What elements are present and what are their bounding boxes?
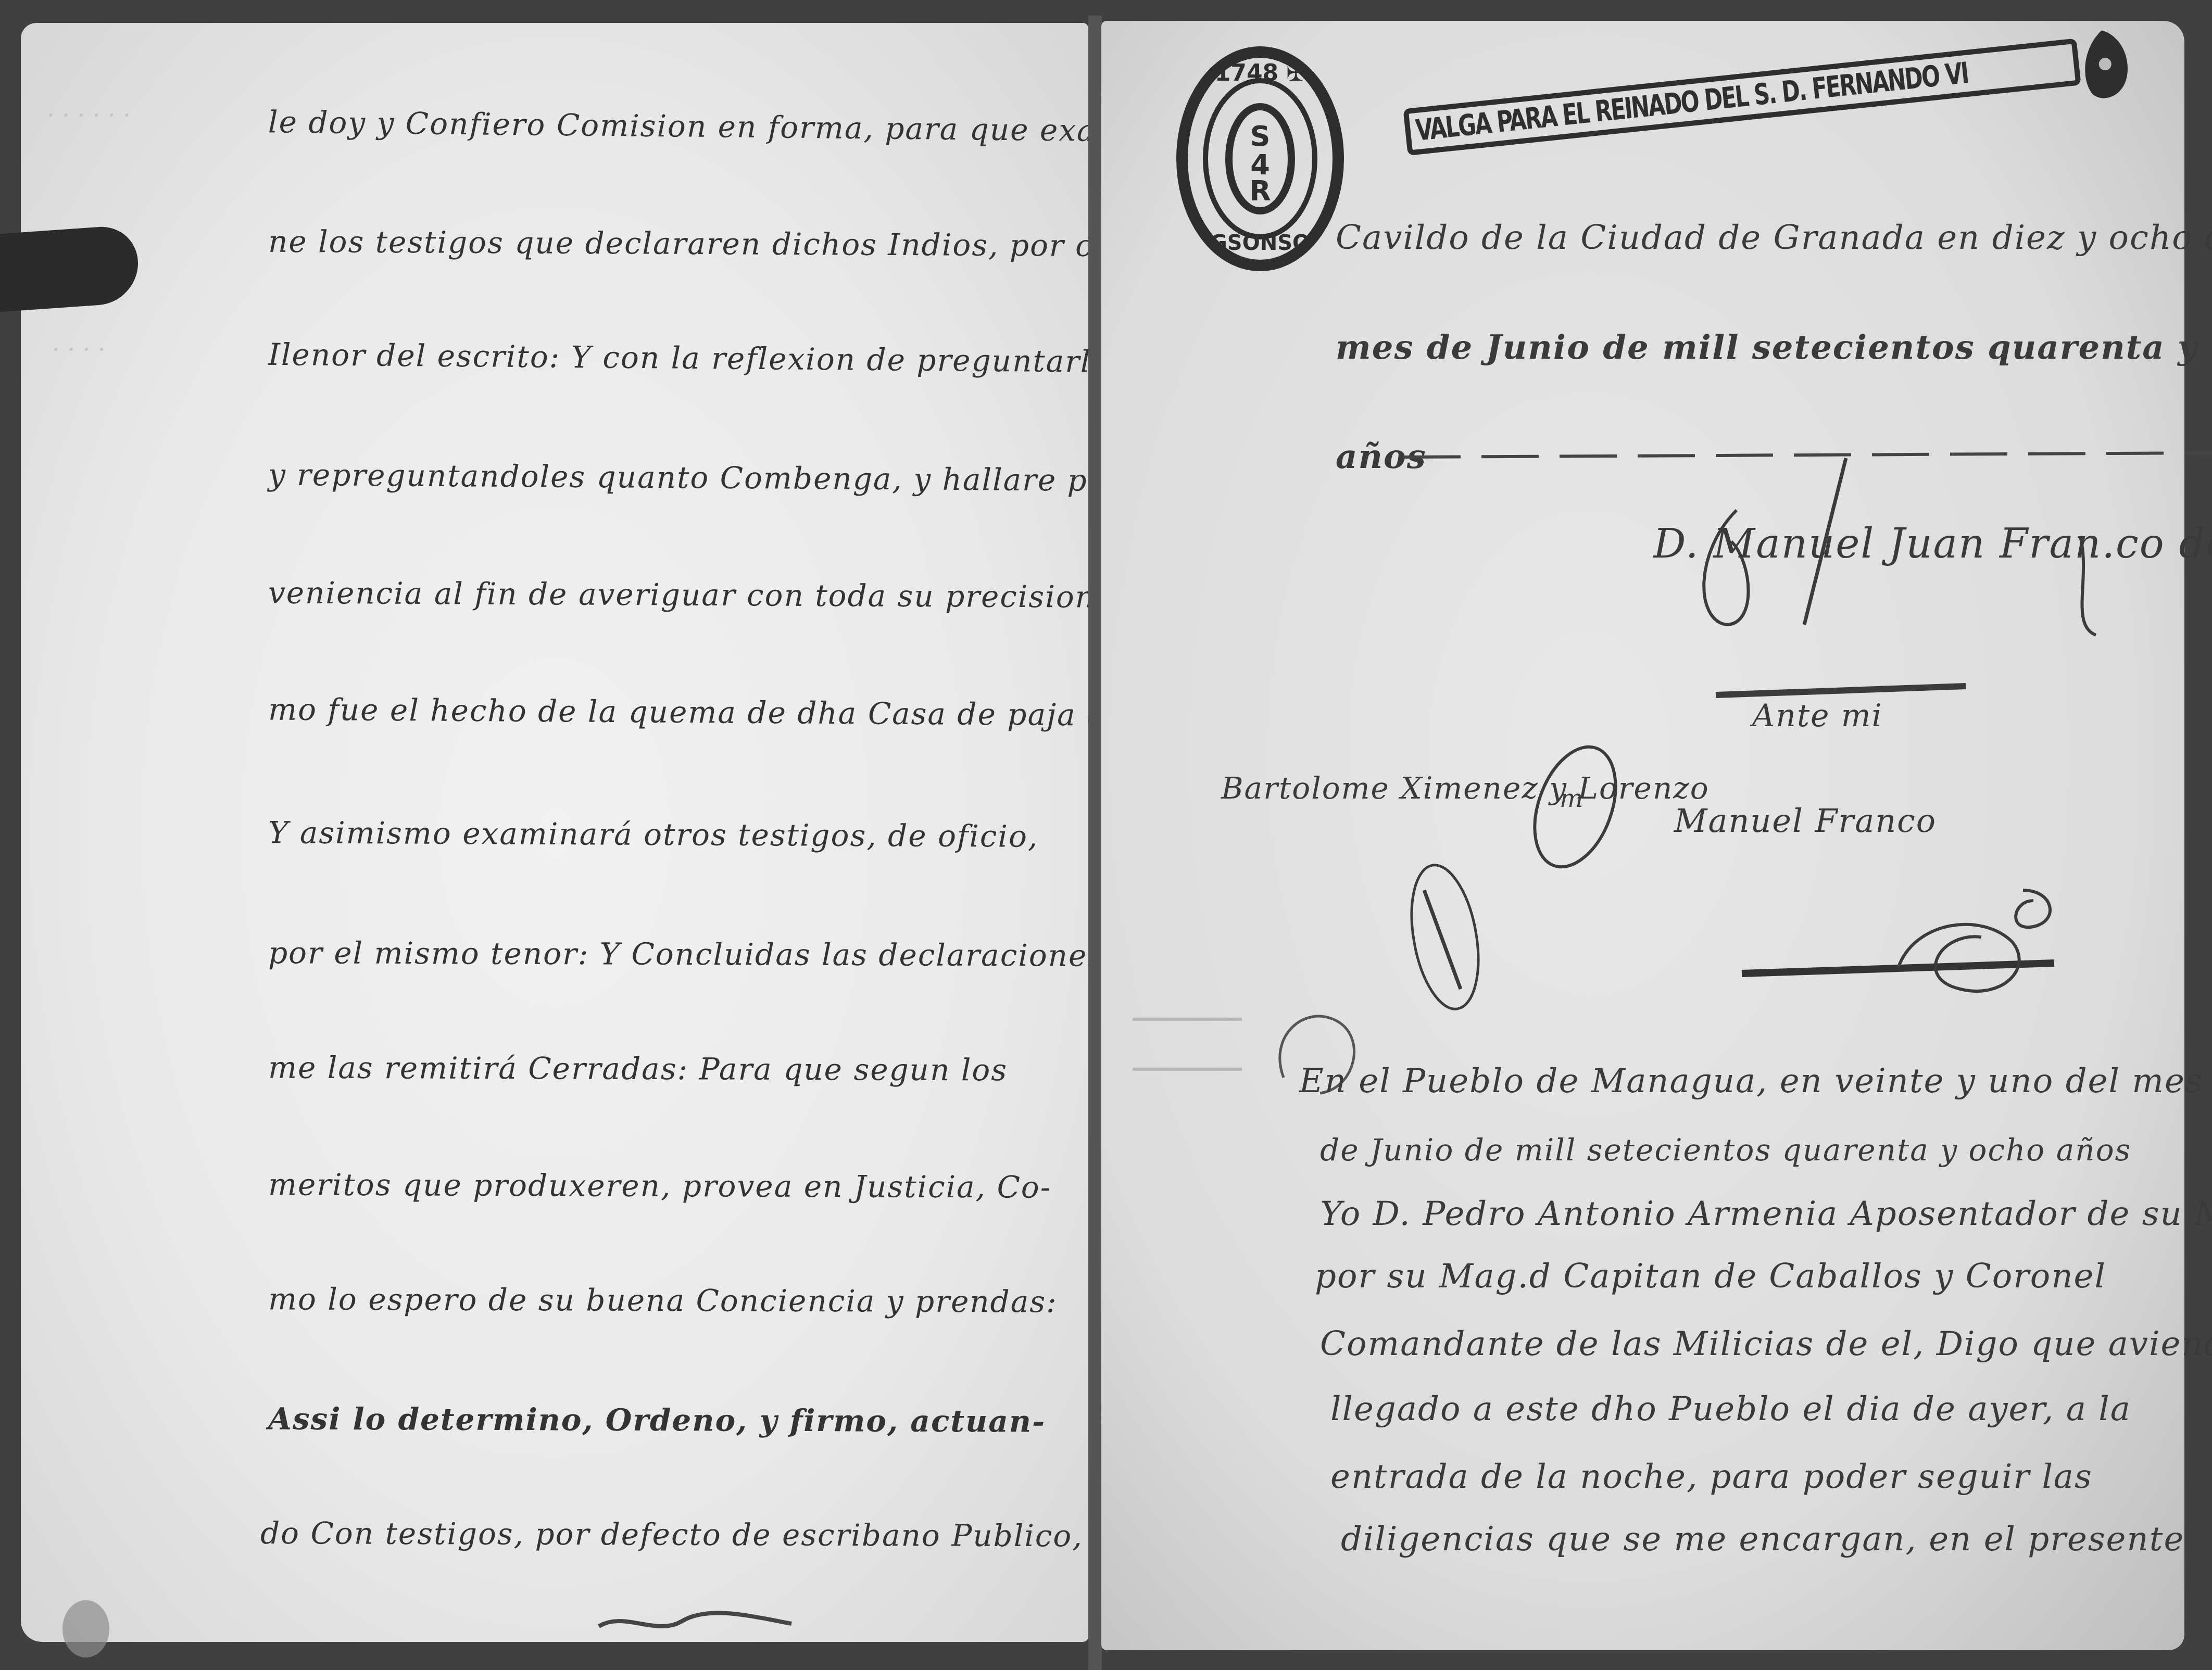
- manuscript-line: Comandante de las Milicias de el, Digo q…: [1320, 1325, 2212, 1363]
- svg-text:m: m: [1560, 784, 1583, 813]
- manuscript-line: me las remitirá Cerradas: Para que segun…: [268, 1050, 1008, 1088]
- manuscript-line: meritos que produxeren, provea en Justic…: [268, 1167, 1052, 1205]
- manuscript-line: ne los testigos que declararen dichos In…: [268, 224, 1124, 264]
- rubric-flourish: [1382, 849, 1518, 1015]
- manuscript-line: de Junio de mill setecientos quarenta y …: [1320, 1132, 2131, 1168]
- manuscript-line: mes de Junio de mill setecientos quarent…: [1336, 328, 2212, 367]
- manuscript-line: diligencias que se me encargan, en el pr…: [1341, 1520, 2184, 1559]
- manuscript-line: y repreguntandoles quanto Combenga, y ha…: [268, 457, 1209, 499]
- manuscript-line: mo fue el hecho de la quema de dha Casa …: [268, 691, 1106, 732]
- manuscript-line: mo lo espero de su buena Conciencia y pr…: [268, 1281, 1058, 1319]
- witness-signature: Manuel Franco: [1674, 802, 1937, 840]
- manuscript-line: do Con testigos, por defecto de escriban…: [260, 1515, 1162, 1554]
- bar-stroke: [1716, 682, 1976, 703]
- left-page: · · · · · · · · · · le doy y Confiero Co…: [21, 23, 1088, 1642]
- manuscript-line: Y asimismo examinará otros testigos, de …: [268, 815, 1039, 854]
- faded-stamp-box: [1133, 1018, 1242, 1071]
- svg-text:GSONSO: GSONSO: [1210, 231, 1310, 255]
- ink-blot: [62, 1600, 109, 1658]
- book-gutter: [1088, 16, 1102, 1670]
- svg-text:R: R: [1249, 174, 1271, 207]
- manuscript-line: le doy y Confiero Comision en forma, par…: [268, 104, 1148, 149]
- svg-text:S: S: [1250, 120, 1271, 153]
- rubric-oval: m: [1518, 729, 1705, 885]
- seal-outer-text: 1748 ✠: [1215, 60, 1306, 86]
- manuscript-line: En el Pueblo de Managua, en veinte y uno…: [1299, 1062, 2204, 1100]
- manuscript-line: Yo D. Pedro Antonio Armenia Aposentador …: [1320, 1195, 2212, 1233]
- header-stamp: VALGA PARA EL REINADO DEL S. D. FERNANDO…: [1398, 0, 2150, 166]
- manuscript-line: por su Mag.d Capitan de Caballos y Coron…: [1315, 1257, 2106, 1296]
- witness-label: Ante mi: [1752, 698, 1883, 734]
- manuscript-line: Ilenor del escrito: Y con la reflexion d…: [268, 337, 1127, 379]
- page-tab-shadow: [0, 224, 138, 312]
- crown-ornament-icon: [2070, 22, 2141, 111]
- right-page: 1748 ✠ GSONSO S 4 R VALGA PARA EL REINAD…: [1101, 21, 2184, 1650]
- seal-stamp-icon: 1748 ✠ GSONSO S 4 R: [1174, 44, 1346, 273]
- rubric-flourish-large: [1742, 880, 2080, 1015]
- manuscript-line: Cavildo de la Ciudad de Granada en diez …: [1336, 219, 2212, 257]
- manuscript-line: llegado a este dho Pueblo el dia de ayer…: [1330, 1390, 2131, 1428]
- rubric-flourish: [594, 1605, 802, 1647]
- signature-flourish: [1674, 448, 2143, 646]
- manuscript-line: entrada de la noche, para poder seguir l…: [1330, 1458, 2093, 1496]
- manuscript-line: veniencia al fin de averiguar con toda s…: [268, 575, 1165, 615]
- manuscript-line: Assi lo determino, Ordeno, y firmo, actu…: [268, 1401, 1046, 1439]
- manuscript-line: por el mismo tenor: Y Concluidas las dec…: [268, 935, 1115, 973]
